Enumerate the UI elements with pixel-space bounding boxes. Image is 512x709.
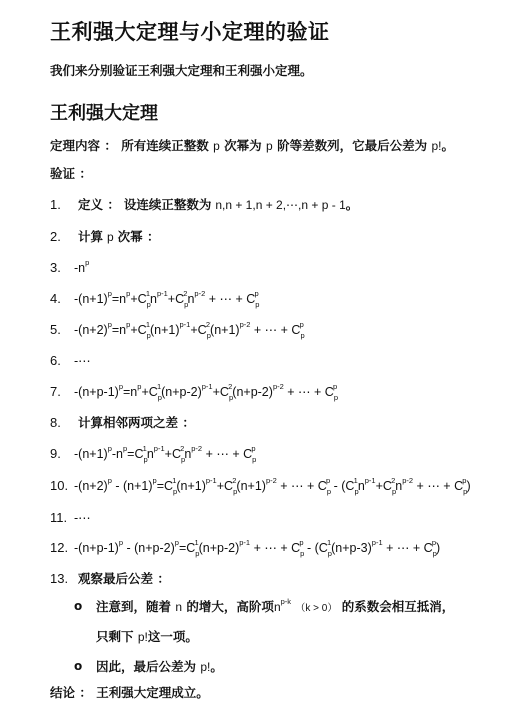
step-4: 4.-(n+1)p=np+Cp1np-1+Cp2np-2 + ⋯ + Cpp xyxy=(50,289,259,309)
step-1: 1. 定义 ： 设连续正整数为 n,n + 1,n + 2,⋯,n + p - … xyxy=(50,195,358,215)
conclusion: 结论 ： 王利强大定理成立。 xyxy=(50,683,209,703)
step-2: 2. 计算 p 次幂 ： xyxy=(50,227,160,247)
section-title: 王利强大定理 xyxy=(50,99,158,125)
bullet-item-conclusion: 因此，最后公差为 p!。 xyxy=(96,657,223,675)
step-13: 13. 观察最后公差 ： xyxy=(50,569,170,589)
verify-label: 验证 ： xyxy=(50,164,92,184)
page-title: 王利强大定理与小定理的验证 xyxy=(50,16,330,46)
bullet-item-cancel-continued: 只剩下 p!这一项。 xyxy=(96,627,198,645)
step-11: 11.-⋯ xyxy=(50,508,91,528)
intro-paragraph: 我们来分别验证王利强大定理和王利强小定理。 xyxy=(50,61,313,79)
step-9: 9.-(n+1)p-np=Cp1np-1+Cp2np-2 + ⋯ + Cpp xyxy=(50,444,255,464)
step-7: 7.-(n+p-1)p=np+Cp1(n+p-2)p-1+Cp2(n+p-2)p… xyxy=(50,382,337,402)
step-12: 12.-(n+p-1)p - (n+p-2)p=Cp1(n+p-2)p-1 + … xyxy=(50,538,440,558)
theorem-statement: 定理内容 ： 所有连续正整数 p 次幂为 p 阶等差数列，它最后公差为 p!。 xyxy=(50,136,454,156)
step-8: 8. 计算相邻两项之差 ： xyxy=(50,413,195,433)
step-10: 10.-(n+2)p - (n+1)p=Cp1(n+1)p-1+Cp2(n+1)… xyxy=(50,476,471,496)
bullet-marker: o xyxy=(74,599,82,613)
bullet-marker: o xyxy=(74,659,82,673)
step-6: 6.-⋯ xyxy=(50,351,91,371)
step-5: 5.-(n+2)p=np+Cp1(n+1)p-1+Cp2(n+1)p-2 + ⋯… xyxy=(50,320,304,340)
bullet-item-cancel: 注意到，随着 n 的增大，高阶项np-k （k > 0） 的系数会相互抵消， xyxy=(96,597,454,615)
step-3: 3.-np xyxy=(50,258,89,278)
